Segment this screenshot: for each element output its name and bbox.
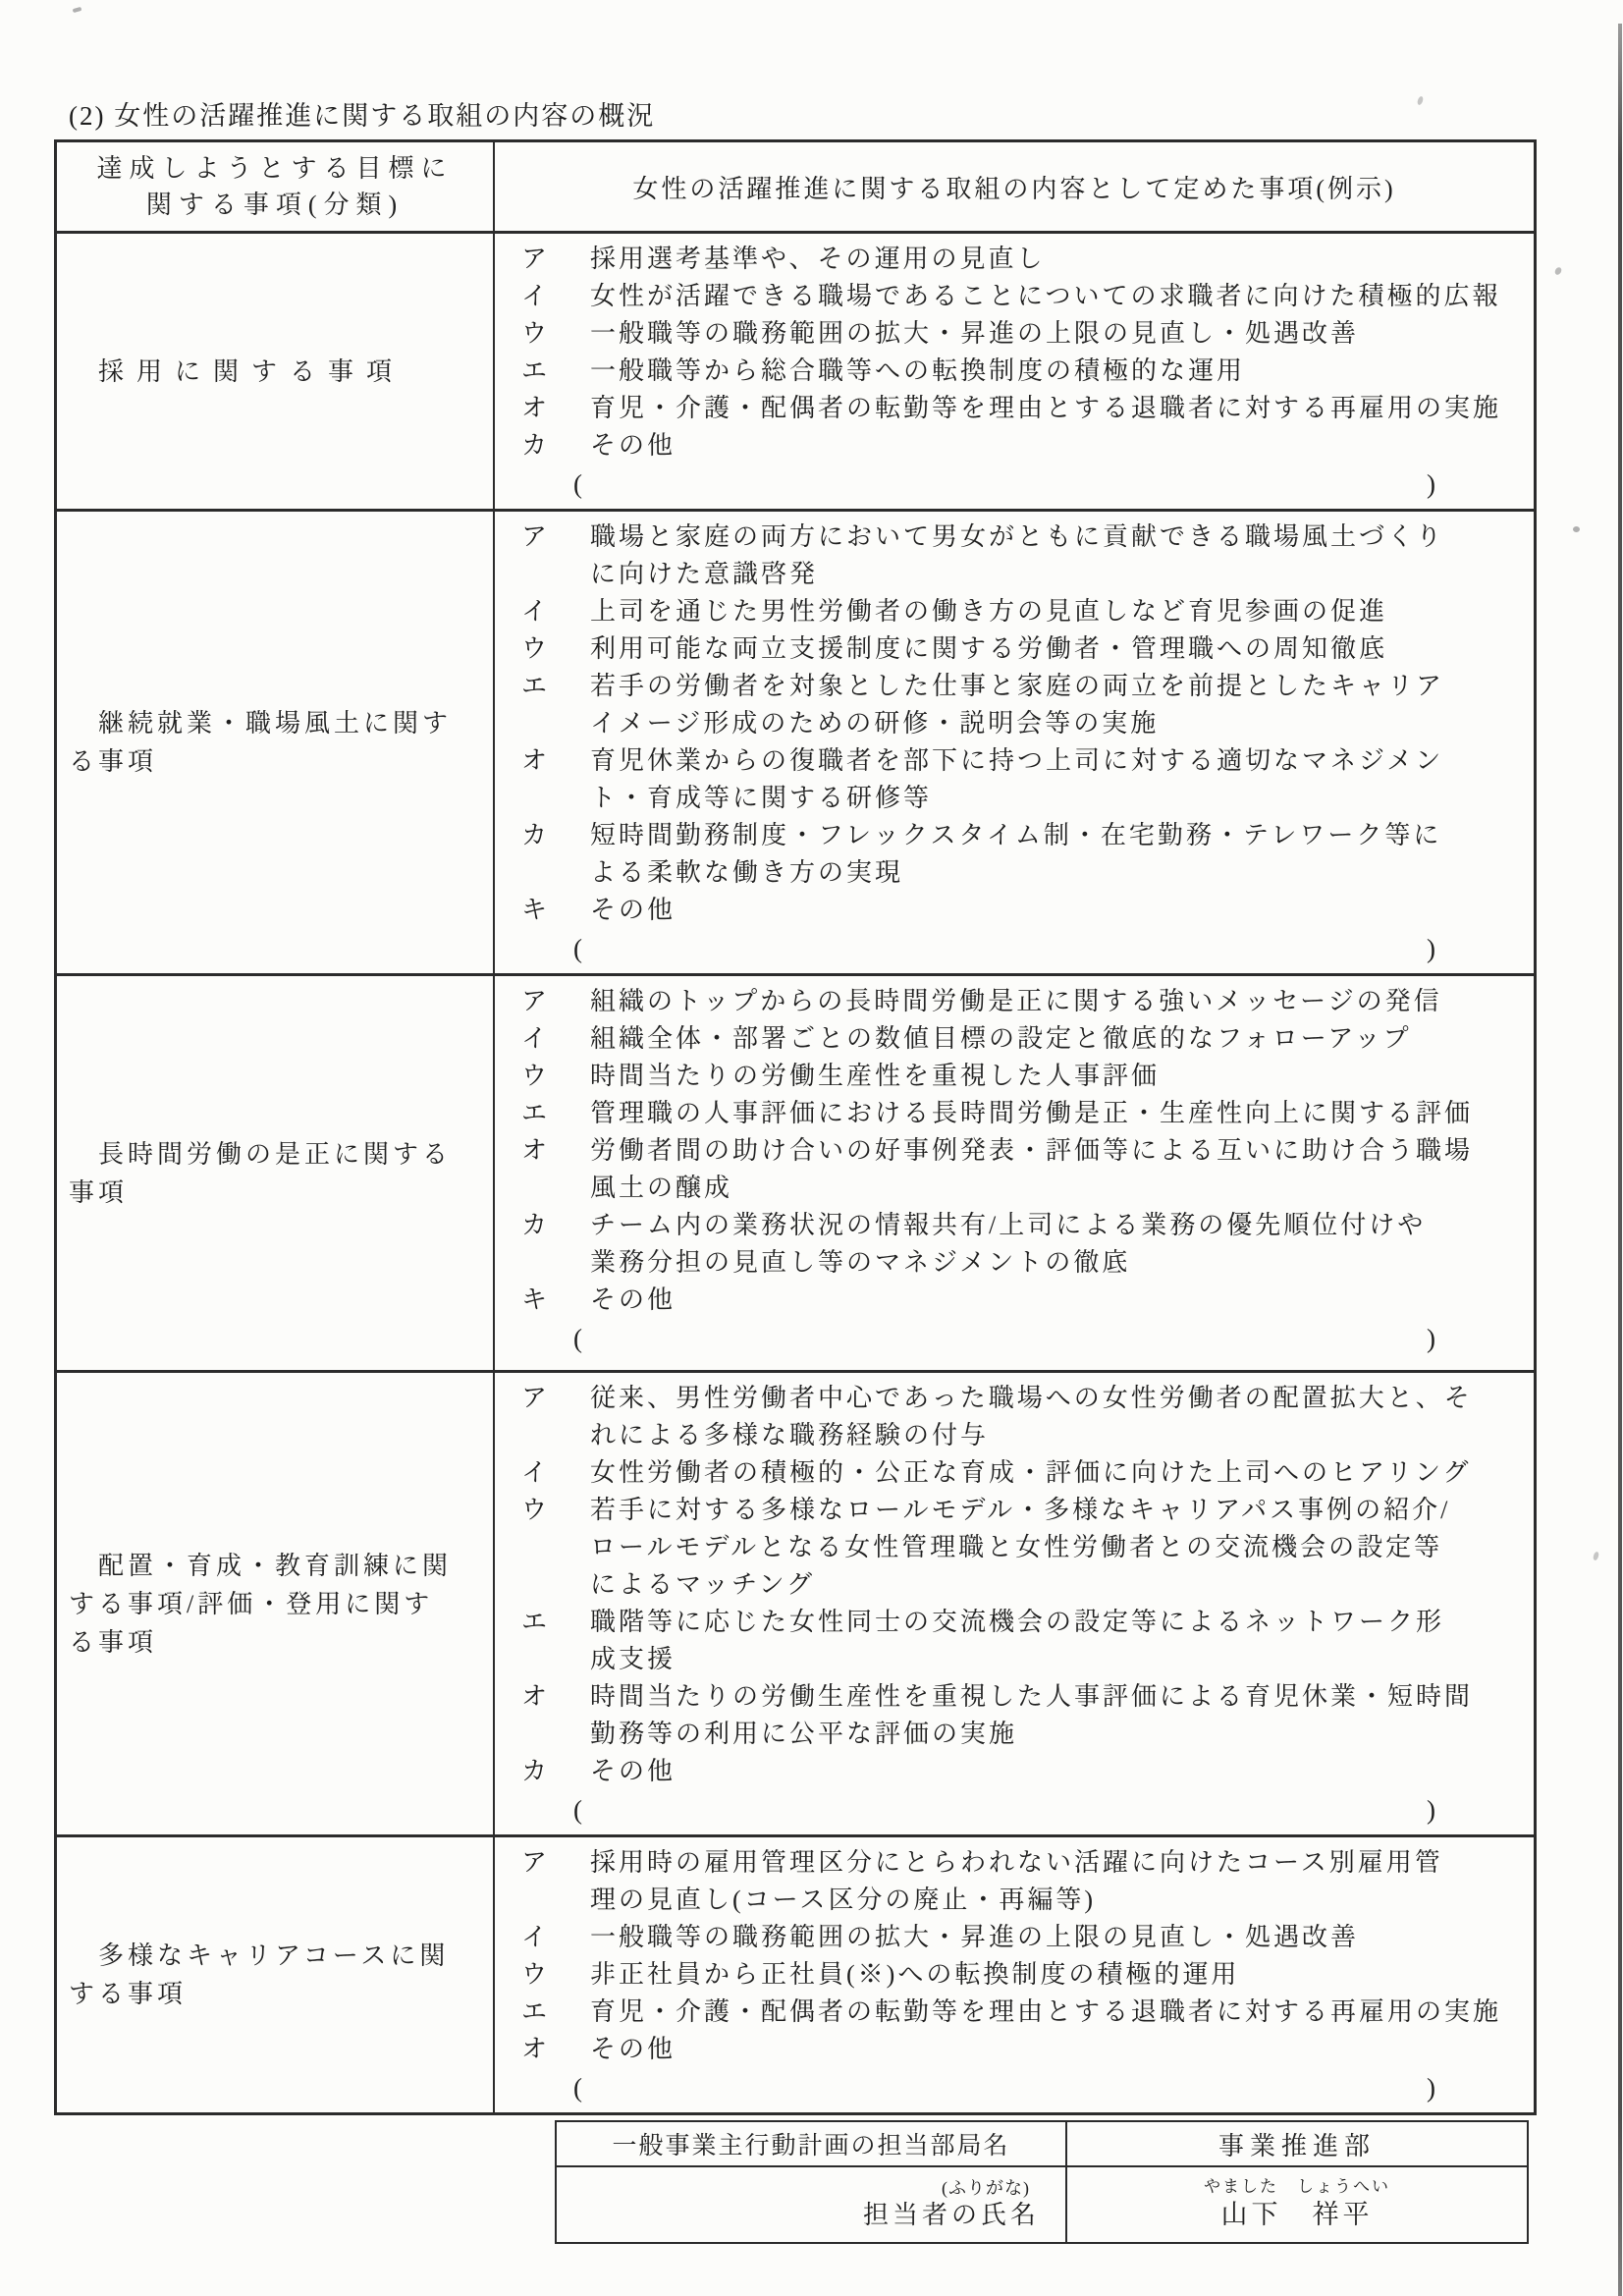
category-cell: 配置・育成・教育訓練に関する事項/評価・登用に関する事項 — [57, 1373, 495, 1834]
item-text-line: 労働者間の助け合いの好事例発表・評価等による互いに助け合う職場 — [590, 1132, 1528, 1170]
fill-in-blank: () — [573, 1790, 1435, 1830]
department-value: 事業推進部 — [1218, 2126, 1376, 2162]
item-index-label: ウ — [521, 1058, 547, 1095]
person-label: 担当者の氏名 — [863, 2200, 1040, 2231]
item-index-label: イ — [521, 1020, 547, 1058]
item-text: 組織全体・部署ごとの数値目標の設定と徹底的なフォローアップ — [590, 1020, 1528, 1058]
item-index-label: エ — [521, 1095, 547, 1132]
list-item: エ職階等に応じた女性同士の交流機会の設定等によるネットワーク形成支援 — [495, 1604, 1528, 1678]
item-text-line: 非正社員から正社員(※)への転換制度の積極的運用 — [590, 1956, 1528, 1994]
page-title: (2) 女性の活躍推進に関する取組の内容の概況 — [69, 94, 655, 133]
open-paren: ( — [573, 1319, 582, 1358]
item-text: 採用選考基準や、その運用の見直し — [590, 241, 1528, 278]
close-paren: ) — [1427, 1790, 1435, 1830]
item-text: 従来、男性労働者中心であった職場への女性労働者の配置拡大と、それによる多様な職務… — [590, 1380, 1528, 1454]
item-text-line: 採用選考基準や、その運用の見直し — [590, 241, 1528, 278]
item-text-line: 育児・介護・配偶者の転勤等を理由とする退職者に対する再雇用の実施 — [590, 390, 1528, 427]
item-text-line: その他 — [590, 1282, 1528, 1319]
item-index-label: オ — [521, 1132, 547, 1170]
list-item: カその他 — [495, 1753, 1528, 1790]
item-index-label: ア — [521, 519, 547, 556]
content-header-text: 女性の活躍推進に関する取組の内容として定めた事項(例示) — [632, 169, 1395, 205]
item-text-line: イメージ形成のための研修・説明会等の実施 — [590, 705, 1528, 742]
item-index-label: ア — [521, 983, 547, 1020]
category-cell: 採用に関する事項 — [57, 234, 495, 509]
items-cell: ア採用選考基準や、その運用の見直しイ女性が活躍できる職場であることについての求職… — [495, 234, 1534, 509]
list-item: ア従来、男性労働者中心であった職場への女性労働者の配置拡大と、それによる多様な職… — [495, 1380, 1528, 1454]
item-text: その他 — [590, 892, 1528, 929]
list-item: オ育児・介護・配偶者の転勤等を理由とする退職者に対する再雇用の実施 — [495, 390, 1528, 427]
item-index-label: カ — [521, 1207, 547, 1244]
item-text: 利用可能な両立支援制度に関する労働者・管理職への周知徹底 — [590, 630, 1528, 668]
item-text-line: 一般職等の職務範囲の拡大・昇進の上限の見直し・処遇改善 — [590, 315, 1528, 353]
scan-speck — [1593, 1551, 1600, 1560]
item-index-label: カ — [521, 427, 547, 465]
items-cell: ア組織のトップからの長時間労働是正に関する強いメッセージの発信イ組織全体・部署ご… — [495, 976, 1534, 1370]
item-index-label: ア — [521, 241, 547, 278]
item-text-line: によるマッチング — [590, 1566, 1528, 1604]
furigana-label: (ふりがな) — [942, 2176, 1030, 2200]
close-paren: ) — [1427, 2068, 1435, 2107]
item-text-line: 女性労働者の積極的・公正な育成・評価に向けた上司へのヒアリング — [590, 1454, 1528, 1492]
item-index-label: イ — [521, 1454, 547, 1492]
category-label-line: 多様なキャリアコースに関 — [69, 1937, 481, 1975]
department-value-cell: 事業推進部 — [1067, 2122, 1527, 2165]
list-item: イ女性労働者の積極的・公正な育成・評価に向けた上司へのヒアリング — [495, 1454, 1528, 1492]
content-header-cell: 女性の活躍推進に関する取組の内容として定めた事項(例示) — [495, 142, 1534, 231]
close-paren: ) — [1427, 929, 1435, 968]
person-value-cell: やました しょうへい 山下 祥平 — [1067, 2167, 1527, 2242]
item-text-line: ロールモデルとなる女性管理職と女性労働者との交流機会の設定等 — [590, 1529, 1528, 1566]
item-text: チーム内の業務状況の情報共有/上司による業務の優先順位付けや業務分担の見直し等の… — [590, 1207, 1528, 1282]
item-text: 育児・介護・配偶者の転勤等を理由とする退職者に対する再雇用の実施 — [590, 390, 1528, 427]
item-text-line: 職階等に応じた女性同士の交流機会の設定等によるネットワーク形 — [590, 1604, 1528, 1641]
item-index-label: キ — [521, 1282, 547, 1319]
list-item: キその他 — [495, 1282, 1528, 1319]
item-text-line: 一般職等から総合職等への転換制度の積極的な運用 — [590, 353, 1528, 390]
list-item: ウ利用可能な両立支援制度に関する労働者・管理職への周知徹底 — [495, 630, 1528, 668]
item-text-line: 育児・介護・配偶者の転勤等を理由とする退職者に対する再雇用の実施 — [590, 1994, 1528, 2031]
contact-info-table: 一般事業主行動計画の担当部局名 事業推進部 (ふりがな) 担当者の氏名 やました… — [555, 2120, 1529, 2244]
item-text-line: 若手の労働者を対象とした仕事と家庭の両立を前提としたキャリア — [590, 668, 1528, 705]
item-text-line: 勤務等の利用に公平な評価の実施 — [590, 1716, 1528, 1753]
category-label-line: 配置・育成・教育訓練に関 — [69, 1547, 481, 1585]
table-row: 長時間労働の是正に関する事項ア組織のトップからの長時間労働是正に関する強いメッセ… — [57, 973, 1534, 1370]
item-text: 一般職等の職務範囲の拡大・昇進の上限の見直し・処遇改善 — [590, 1919, 1528, 1956]
list-item: ア採用時の雇用管理区分にとらわれない活躍に向けたコース別雇用管理の見直し(コース… — [495, 1844, 1528, 1919]
category-label-line: 採用に関する事項 — [69, 353, 481, 391]
category-cell: 多様なキャリアコースに関する事項 — [57, 1837, 495, 2112]
item-text: 女性労働者の積極的・公正な育成・評価に向けた上司へのヒアリング — [590, 1454, 1528, 1492]
item-text-line: 理の見直し(コース区分の廃止・再編等) — [590, 1882, 1528, 1919]
open-paren: ( — [573, 465, 582, 504]
list-item: イ上司を通じた男性労働者の働き方の見直しなど育児参画の促進 — [495, 593, 1528, 630]
item-text: その他 — [590, 1282, 1528, 1319]
item-index-label: イ — [521, 593, 547, 630]
open-paren: ( — [573, 929, 582, 968]
item-text: 一般職等の職務範囲の拡大・昇進の上限の見直し・処遇改善 — [590, 315, 1528, 353]
item-text-line: 管理職の人事評価における長時間労働是正・生産性向上に関する評価 — [590, 1095, 1528, 1132]
fill-in-blank: () — [573, 465, 1435, 504]
item-index-label: エ — [521, 668, 547, 705]
item-text-line: れによる多様な職務経験の付与 — [590, 1417, 1528, 1454]
list-item: オ時間当たりの労働生産性を重視した人事評価による育児休業・短時間勤務等の利用に公… — [495, 1678, 1528, 1753]
item-index-label: ウ — [521, 1492, 547, 1529]
list-item: ウ時間当たりの労働生産性を重視した人事評価 — [495, 1058, 1528, 1095]
items-cell: ア職場と家庭の両方において男女がともに貢献できる職場風土づくりに向けた意識啓発イ… — [495, 512, 1534, 973]
category-label-line: 事項 — [69, 1174, 481, 1212]
department-row: 一般事業主行動計画の担当部局名 事業推進部 — [557, 2122, 1527, 2165]
fill-in-blank: () — [573, 1319, 1435, 1358]
item-text: その他 — [590, 427, 1528, 465]
item-text-line: 成支援 — [590, 1641, 1528, 1678]
table-row: 多様なキャリアコースに関する事項ア採用時の雇用管理区分にとらわれない活躍に向けた… — [57, 1834, 1534, 2112]
item-text: 短時間勤務制度・フレックスタイム制・在宅勤務・テレワーク等による柔軟な働き方の実… — [590, 817, 1528, 892]
person-name: 山下 祥平 — [1221, 2198, 1374, 2231]
item-text-line: 時間当たりの労働生産性を重視した人事評価 — [590, 1058, 1528, 1095]
main-table: 達成しようとする目標に 関する事項(分類) 女性の活躍推進に関する取組の内容とし… — [54, 139, 1537, 2115]
item-text: 管理職の人事評価における長時間労働是正・生産性向上に関する評価 — [590, 1095, 1528, 1132]
item-index-label: オ — [521, 742, 547, 780]
item-text-line: チーム内の業務状況の情報共有/上司による業務の優先順位付けや — [590, 1207, 1528, 1244]
list-item: エ若手の労働者を対象とした仕事と家庭の両立を前提としたキャリアイメージ形成のため… — [495, 668, 1528, 742]
category-header-line-2: 関する事項(分類) — [146, 187, 404, 223]
item-index-label: エ — [521, 1604, 547, 1641]
items-cell: ア採用時の雇用管理区分にとらわれない活躍に向けたコース別雇用管理の見直し(コース… — [495, 1837, 1534, 2112]
item-text-line: 組織のトップからの長時間労働是正に関する強いメッセージの発信 — [590, 983, 1528, 1020]
item-text: 若手に対する多様なロールモデル・多様なキャリアパス事例の紹介/ロールモデルとなる… — [590, 1492, 1528, 1604]
item-text-line: 業務分担の見直し等のマネジメントの徹底 — [590, 1244, 1528, 1282]
category-label-line: 長時間労働の是正に関する — [69, 1135, 481, 1174]
item-text-line: 従来、男性労働者中心であった職場への女性労働者の配置拡大と、そ — [590, 1380, 1528, 1417]
person-row: (ふりがな) 担当者の氏名 やました しょうへい 山下 祥平 — [557, 2165, 1527, 2242]
item-text: 職場と家庭の両方において男女がともに貢献できる職場風土づくりに向けた意識啓発 — [590, 519, 1528, 593]
list-item: カ短時間勤務制度・フレックスタイム制・在宅勤務・テレワーク等による柔軟な働き方の… — [495, 817, 1528, 892]
main-table-header-row: 達成しようとする目標に 関する事項(分類) 女性の活躍推進に関する取組の内容とし… — [57, 142, 1534, 231]
item-index-label: キ — [521, 892, 547, 929]
person-furigana: やました しょうへい — [1204, 2176, 1390, 2198]
list-item: オ育児休業からの復職者を部下に持つ上司に対する適切なマネジメント・育成等に関する… — [495, 742, 1528, 817]
item-text-line: その他 — [590, 892, 1528, 929]
list-item: オ労働者間の助け合いの好事例発表・評価等による互いに助け合う職場風土の醸成 — [495, 1132, 1528, 1207]
scan-speck — [73, 7, 82, 13]
item-text-line: 採用時の雇用管理区分にとらわれない活躍に向けたコース別雇用管 — [590, 1844, 1528, 1882]
item-text: 採用時の雇用管理区分にとらわれない活躍に向けたコース別雇用管理の見直し(コース区… — [590, 1844, 1528, 1919]
scan-speck — [1417, 95, 1425, 105]
scan-edge-line — [1618, 24, 1622, 2296]
list-item: イ女性が活躍できる職場であることについての求職者に向けた積極的広報 — [495, 278, 1528, 315]
department-label-cell: 一般事業主行動計画の担当部局名 — [557, 2122, 1067, 2165]
list-item: オその他 — [495, 2031, 1528, 2068]
item-index-label: ウ — [521, 630, 547, 668]
category-cell: 長時間労働の是正に関する事項 — [57, 976, 495, 1370]
item-text: 育児休業からの復職者を部下に持つ上司に対する適切なマネジメント・育成等に関する研… — [590, 742, 1528, 817]
item-text-line: その他 — [590, 2031, 1528, 2068]
item-text: 育児・介護・配偶者の転勤等を理由とする退職者に対する再雇用の実施 — [590, 1994, 1528, 2031]
list-item: イ組織全体・部署ごとの数値目標の設定と徹底的なフォローアップ — [495, 1020, 1528, 1058]
list-item: カチーム内の業務状況の情報共有/上司による業務の優先順位付けや業務分担の見直し等… — [495, 1207, 1528, 1282]
item-index-label: ウ — [521, 1956, 547, 1994]
category-header-line-1: 達成しようとする目標に — [96, 150, 453, 187]
close-paren: ) — [1427, 1319, 1435, 1358]
item-text: 時間当たりの労働生産性を重視した人事評価 — [590, 1058, 1528, 1095]
category-label-line: る事項 — [69, 1623, 481, 1662]
list-item: カその他 — [495, 427, 1528, 465]
list-item: エ管理職の人事評価における長時間労働是正・生産性向上に関する評価 — [495, 1095, 1528, 1132]
item-text: 時間当たりの労働生産性を重視した人事評価による育児休業・短時間勤務等の利用に公平… — [590, 1678, 1528, 1753]
category-header-cell: 達成しようとする目標に 関する事項(分類) — [57, 142, 495, 231]
table-row: 採用に関する事項ア採用選考基準や、その運用の見直しイ女性が活躍できる職場であるこ… — [57, 231, 1534, 509]
item-text: 労働者間の助け合いの好事例発表・評価等による互いに助け合う職場風土の醸成 — [590, 1132, 1528, 1207]
list-item: ウ一般職等の職務範囲の拡大・昇進の上限の見直し・処遇改善 — [495, 315, 1528, 353]
item-index-label: ア — [521, 1844, 547, 1882]
list-item: ア組織のトップからの長時間労働是正に関する強いメッセージの発信 — [495, 983, 1528, 1020]
person-label-cell: (ふりがな) 担当者の氏名 — [557, 2167, 1067, 2242]
item-text-line: 時間当たりの労働生産性を重視した人事評価による育児休業・短時間 — [590, 1678, 1528, 1716]
list-item: ウ非正社員から正社員(※)への転換制度の積極的運用 — [495, 1956, 1528, 1994]
item-text-line: 若手に対する多様なロールモデル・多様なキャリアパス事例の紹介/ — [590, 1492, 1528, 1529]
item-text-line: 利用可能な両立支援制度に関する労働者・管理職への周知徹底 — [590, 630, 1528, 668]
list-item: イ一般職等の職務範囲の拡大・昇進の上限の見直し・処遇改善 — [495, 1919, 1528, 1956]
list-item: ウ若手に対する多様なロールモデル・多様なキャリアパス事例の紹介/ロールモデルとな… — [495, 1492, 1528, 1604]
items-cell: ア従来、男性労働者中心であった職場への女性労働者の配置拡大と、それによる多様な職… — [495, 1373, 1534, 1834]
open-paren: ( — [573, 1790, 582, 1830]
scan-speck — [1553, 266, 1562, 276]
list-item: エ育児・介護・配偶者の転勤等を理由とする退職者に対する再雇用の実施 — [495, 1994, 1528, 2031]
item-index-label: イ — [521, 1919, 547, 1956]
item-text: 若手の労働者を対象とした仕事と家庭の両立を前提としたキャリアイメージ形成のための… — [590, 668, 1528, 742]
item-index-label: カ — [521, 817, 547, 854]
open-paren: ( — [573, 2068, 582, 2107]
item-text: 組織のトップからの長時間労働是正に関する強いメッセージの発信 — [590, 983, 1528, 1020]
item-text: 非正社員から正社員(※)への転換制度の積極的運用 — [590, 1956, 1528, 1994]
item-index-label: エ — [521, 353, 547, 390]
item-text-line: よる柔軟な働き方の実現 — [590, 854, 1528, 892]
table-row: 継続就業・職場風土に関する事項ア職場と家庭の両方において男女がともに貢献できる職… — [57, 509, 1534, 973]
item-text: その他 — [590, 1753, 1528, 1790]
item-text: 女性が活躍できる職場であることについての求職者に向けた積極的広報 — [590, 278, 1528, 315]
item-text-line: その他 — [590, 427, 1528, 465]
category-cell: 継続就業・職場風土に関する事項 — [57, 512, 495, 973]
scan-speck — [1573, 526, 1580, 532]
item-text: 上司を通じた男性労働者の働き方の見直しなど育児参画の促進 — [590, 593, 1528, 630]
category-label-line: 継続就業・職場風土に関す — [69, 704, 481, 742]
item-text-line: 風土の醸成 — [590, 1170, 1528, 1207]
item-index-label: エ — [521, 1994, 547, 2031]
item-text-line: 育児休業からの復職者を部下に持つ上司に対する適切なマネジメン — [590, 742, 1528, 780]
item-text: その他 — [590, 2031, 1528, 2068]
item-text-line: 一般職等の職務範囲の拡大・昇進の上限の見直し・処遇改善 — [590, 1919, 1528, 1956]
item-index-label: ウ — [521, 315, 547, 353]
department-label: 一般事業主行動計画の担当部局名 — [612, 2126, 1009, 2161]
item-text: 職階等に応じた女性同士の交流機会の設定等によるネットワーク形成支援 — [590, 1604, 1528, 1678]
item-text-line: 組織全体・部署ごとの数値目標の設定と徹底的なフォローアップ — [590, 1020, 1528, 1058]
item-index-label: ア — [521, 1380, 547, 1417]
item-index-label: カ — [521, 1753, 547, 1790]
list-item: ア採用選考基準や、その運用の見直し — [495, 241, 1528, 278]
list-item: キその他 — [495, 892, 1528, 929]
item-index-label: オ — [521, 390, 547, 427]
table-row: 配置・育成・教育訓練に関する事項/評価・登用に関する事項ア従来、男性労働者中心で… — [57, 1370, 1534, 1834]
item-index-label: オ — [521, 2031, 547, 2068]
item-text-line: 上司を通じた男性労働者の働き方の見直しなど育児参画の促進 — [590, 593, 1528, 630]
category-label-line: する事項/評価・登用に関す — [69, 1585, 481, 1623]
close-paren: ) — [1427, 465, 1435, 504]
item-index-label: オ — [521, 1678, 547, 1716]
item-index-label: イ — [521, 278, 547, 315]
list-item: エ一般職等から総合職等への転換制度の積極的な運用 — [495, 353, 1528, 390]
category-label-line: する事項 — [69, 1975, 481, 2013]
list-item: ア職場と家庭の両方において男女がともに貢献できる職場風土づくりに向けた意識啓発 — [495, 519, 1528, 593]
item-text-line: に向けた意識啓発 — [590, 556, 1528, 593]
fill-in-blank: () — [573, 2068, 1435, 2107]
item-text-line: その他 — [590, 1753, 1528, 1790]
item-text-line: 女性が活躍できる職場であることについての求職者に向けた積極的広報 — [590, 278, 1528, 315]
category-label-line: る事項 — [69, 742, 481, 781]
item-text-line: 短時間勤務制度・フレックスタイム制・在宅勤務・テレワーク等に — [590, 817, 1528, 854]
item-text: 一般職等から総合職等への転換制度の積極的な運用 — [590, 353, 1528, 390]
item-text-line: 職場と家庭の両方において男女がともに貢献できる職場風土づくり — [590, 519, 1528, 556]
scanned-document-page: (2) 女性の活躍推進に関する取組の内容の概況 達成しようとする目標に 関する事… — [0, 0, 1623, 2296]
fill-in-blank: () — [573, 929, 1435, 968]
item-text-line: ト・育成等に関する研修等 — [590, 780, 1528, 817]
